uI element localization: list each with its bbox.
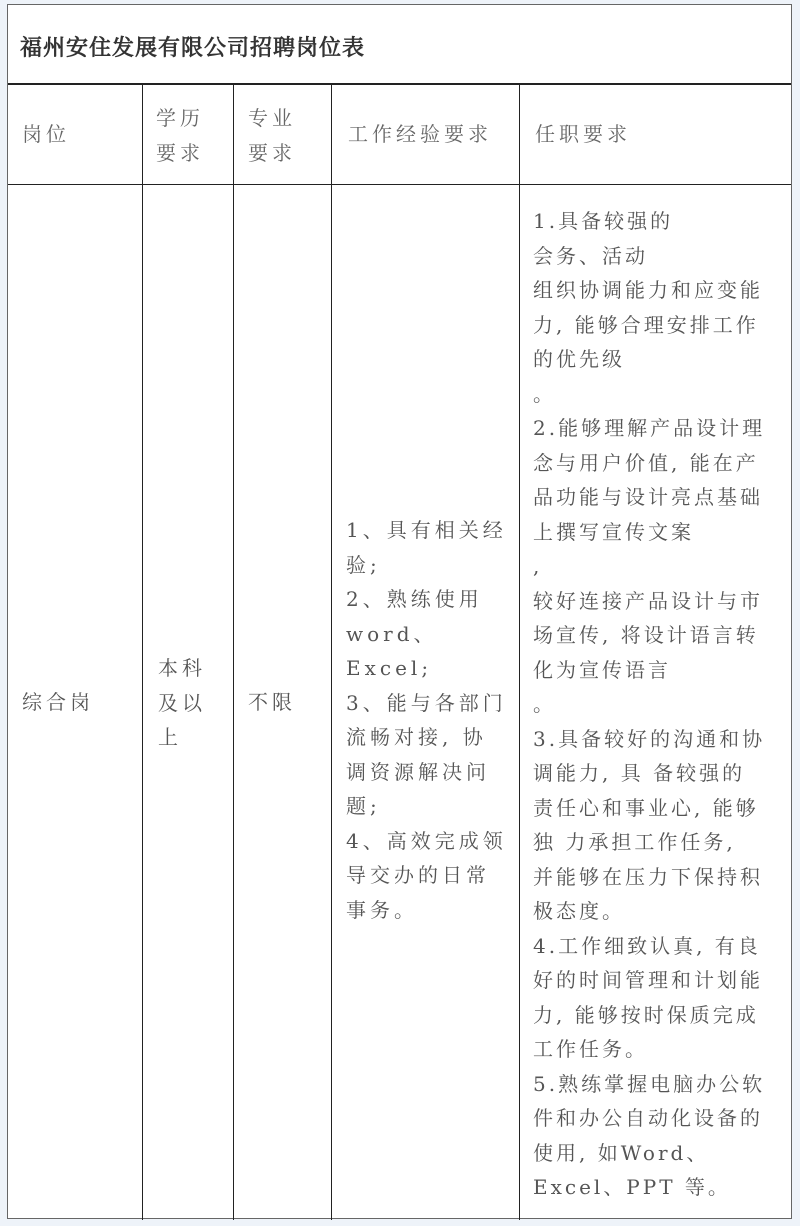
header-requirements: 任职要求 — [535, 117, 631, 152]
table-title: 福州安住发展有限公司招聘岗位表 — [20, 31, 365, 62]
cell-major: 不限 — [248, 685, 296, 720]
title-row: 福州安住发展有限公司招聘岗位表 — [8, 5, 791, 85]
header-divider — [8, 184, 791, 185]
header-major: 专业 要求 — [248, 101, 296, 170]
cell-position: 综合岗 — [22, 685, 94, 720]
recruitment-table: 福州安住发展有限公司招聘岗位表 岗位 学历 要求 专业 要求 工作经验要求 任职… — [7, 4, 792, 1219]
column-divider — [233, 85, 234, 1220]
cell-education: 本科 及以 上 — [158, 651, 206, 755]
column-divider — [519, 85, 520, 1220]
cell-requirements: 1.具备较强的 会务、活动 组织协调能力和应变能 力, 能够合理安排工作 的优先… — [533, 204, 791, 1205]
cell-experience: 1、具有相关经 验; 2、熟练使用 word、Excel; 3、能与各部门 流畅… — [346, 513, 516, 927]
header-education: 学历 要求 — [156, 101, 204, 170]
column-divider — [331, 85, 332, 1220]
header-position: 岗位 — [22, 117, 70, 152]
header-experience: 工作经验要求 — [348, 117, 492, 152]
column-divider — [142, 85, 143, 1220]
